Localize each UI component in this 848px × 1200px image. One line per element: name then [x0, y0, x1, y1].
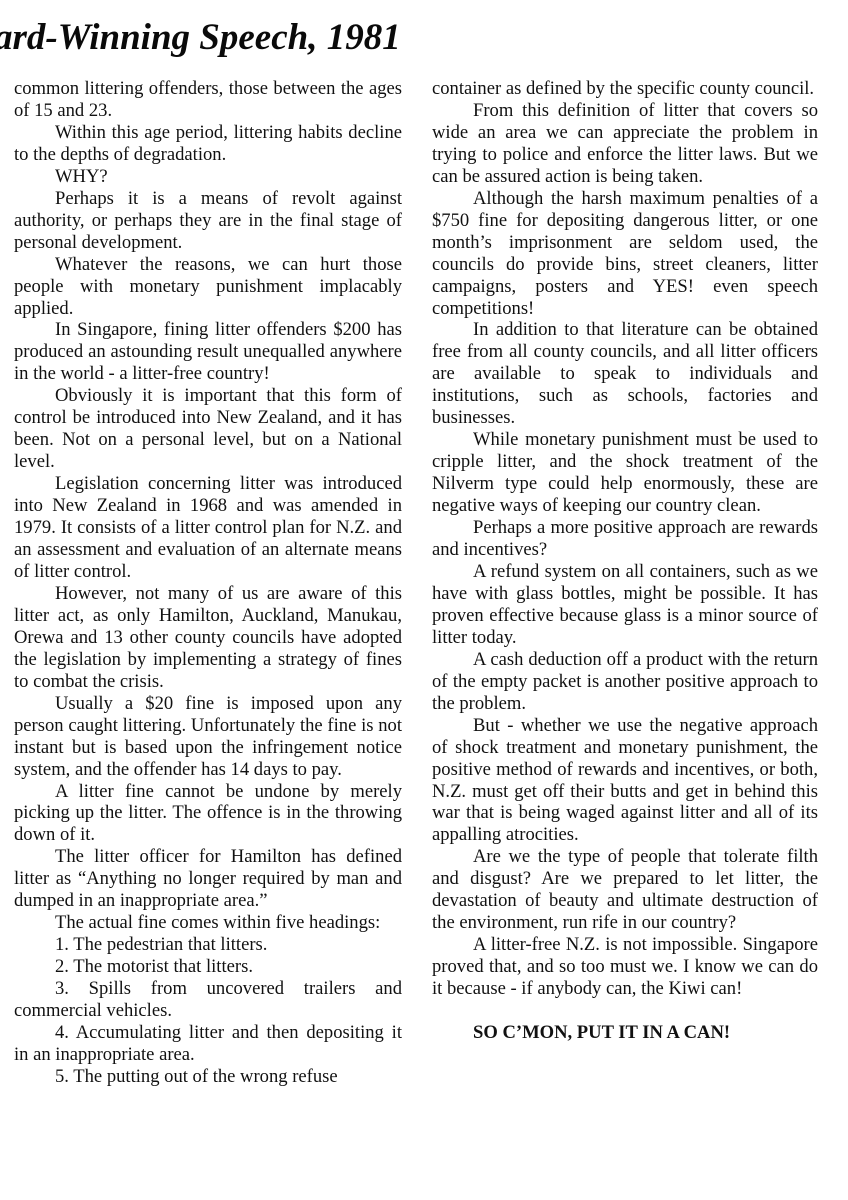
paragraph: A cash deduction off a product with the … [432, 649, 818, 715]
list-item: 1. The pedestrian that litters. [14, 934, 402, 956]
paragraph: Are we the type of people that tolerate … [432, 846, 818, 934]
paragraph: Whatever the reasons, we can hurt those … [14, 254, 402, 320]
closing-slogan: SO C’MON, PUT IT IN A CAN! [432, 1022, 818, 1044]
list-item: 4. Accumulating litter and then depositi… [14, 1022, 402, 1066]
paragraph: The actual fine comes within five headin… [14, 912, 402, 934]
paragraph: common littering offenders, those betwee… [14, 78, 402, 122]
paragraph: However, not many of us are aware of thi… [14, 583, 402, 693]
paragraph: Perhaps a more positive approach are rew… [432, 517, 818, 561]
paragraph: Although the harsh maximum penalties of … [432, 188, 818, 320]
paragraph: Legislation concerning litter was introd… [14, 473, 402, 583]
page-title: ard-Winning Speech, 1981 [0, 14, 401, 62]
paragraph: WHY? [14, 166, 402, 188]
paragraph: From this definition of litter that cove… [432, 100, 818, 188]
paragraph: But - whether we use the negative approa… [432, 715, 818, 847]
paragraph: A litter-free N.Z. is not impossible. Si… [432, 934, 818, 1000]
paragraph: In addition to that literature can be ob… [432, 319, 818, 429]
list-item: 2. The motorist that litters. [14, 956, 402, 978]
list-item: 3. Spills from uncovered trailers and co… [14, 978, 402, 1022]
paragraph: A refund system on all containers, such … [432, 561, 818, 649]
paragraph: Obviously it is important that this form… [14, 385, 402, 473]
left-column: common littering offenders, those betwee… [14, 78, 402, 1088]
paragraph: Within this age period, littering habits… [14, 122, 402, 166]
paragraph: The litter officer for Hamilton has defi… [14, 846, 402, 912]
paragraph: Perhaps it is a means of revolt against … [14, 188, 402, 254]
paragraph: While monetary punishment must be used t… [432, 429, 818, 517]
list-item: 5. The putting out of the wrong refuse [14, 1066, 402, 1088]
paragraph: container as defined by the specific cou… [432, 78, 818, 100]
right-column: container as defined by the specific cou… [432, 78, 818, 1044]
paragraph: Usually a $20 fine is imposed upon any p… [14, 693, 402, 781]
paragraph: A litter fine cannot be undone by merely… [14, 781, 402, 847]
paragraph: In Singapore, fining litter offenders $2… [14, 319, 402, 385]
